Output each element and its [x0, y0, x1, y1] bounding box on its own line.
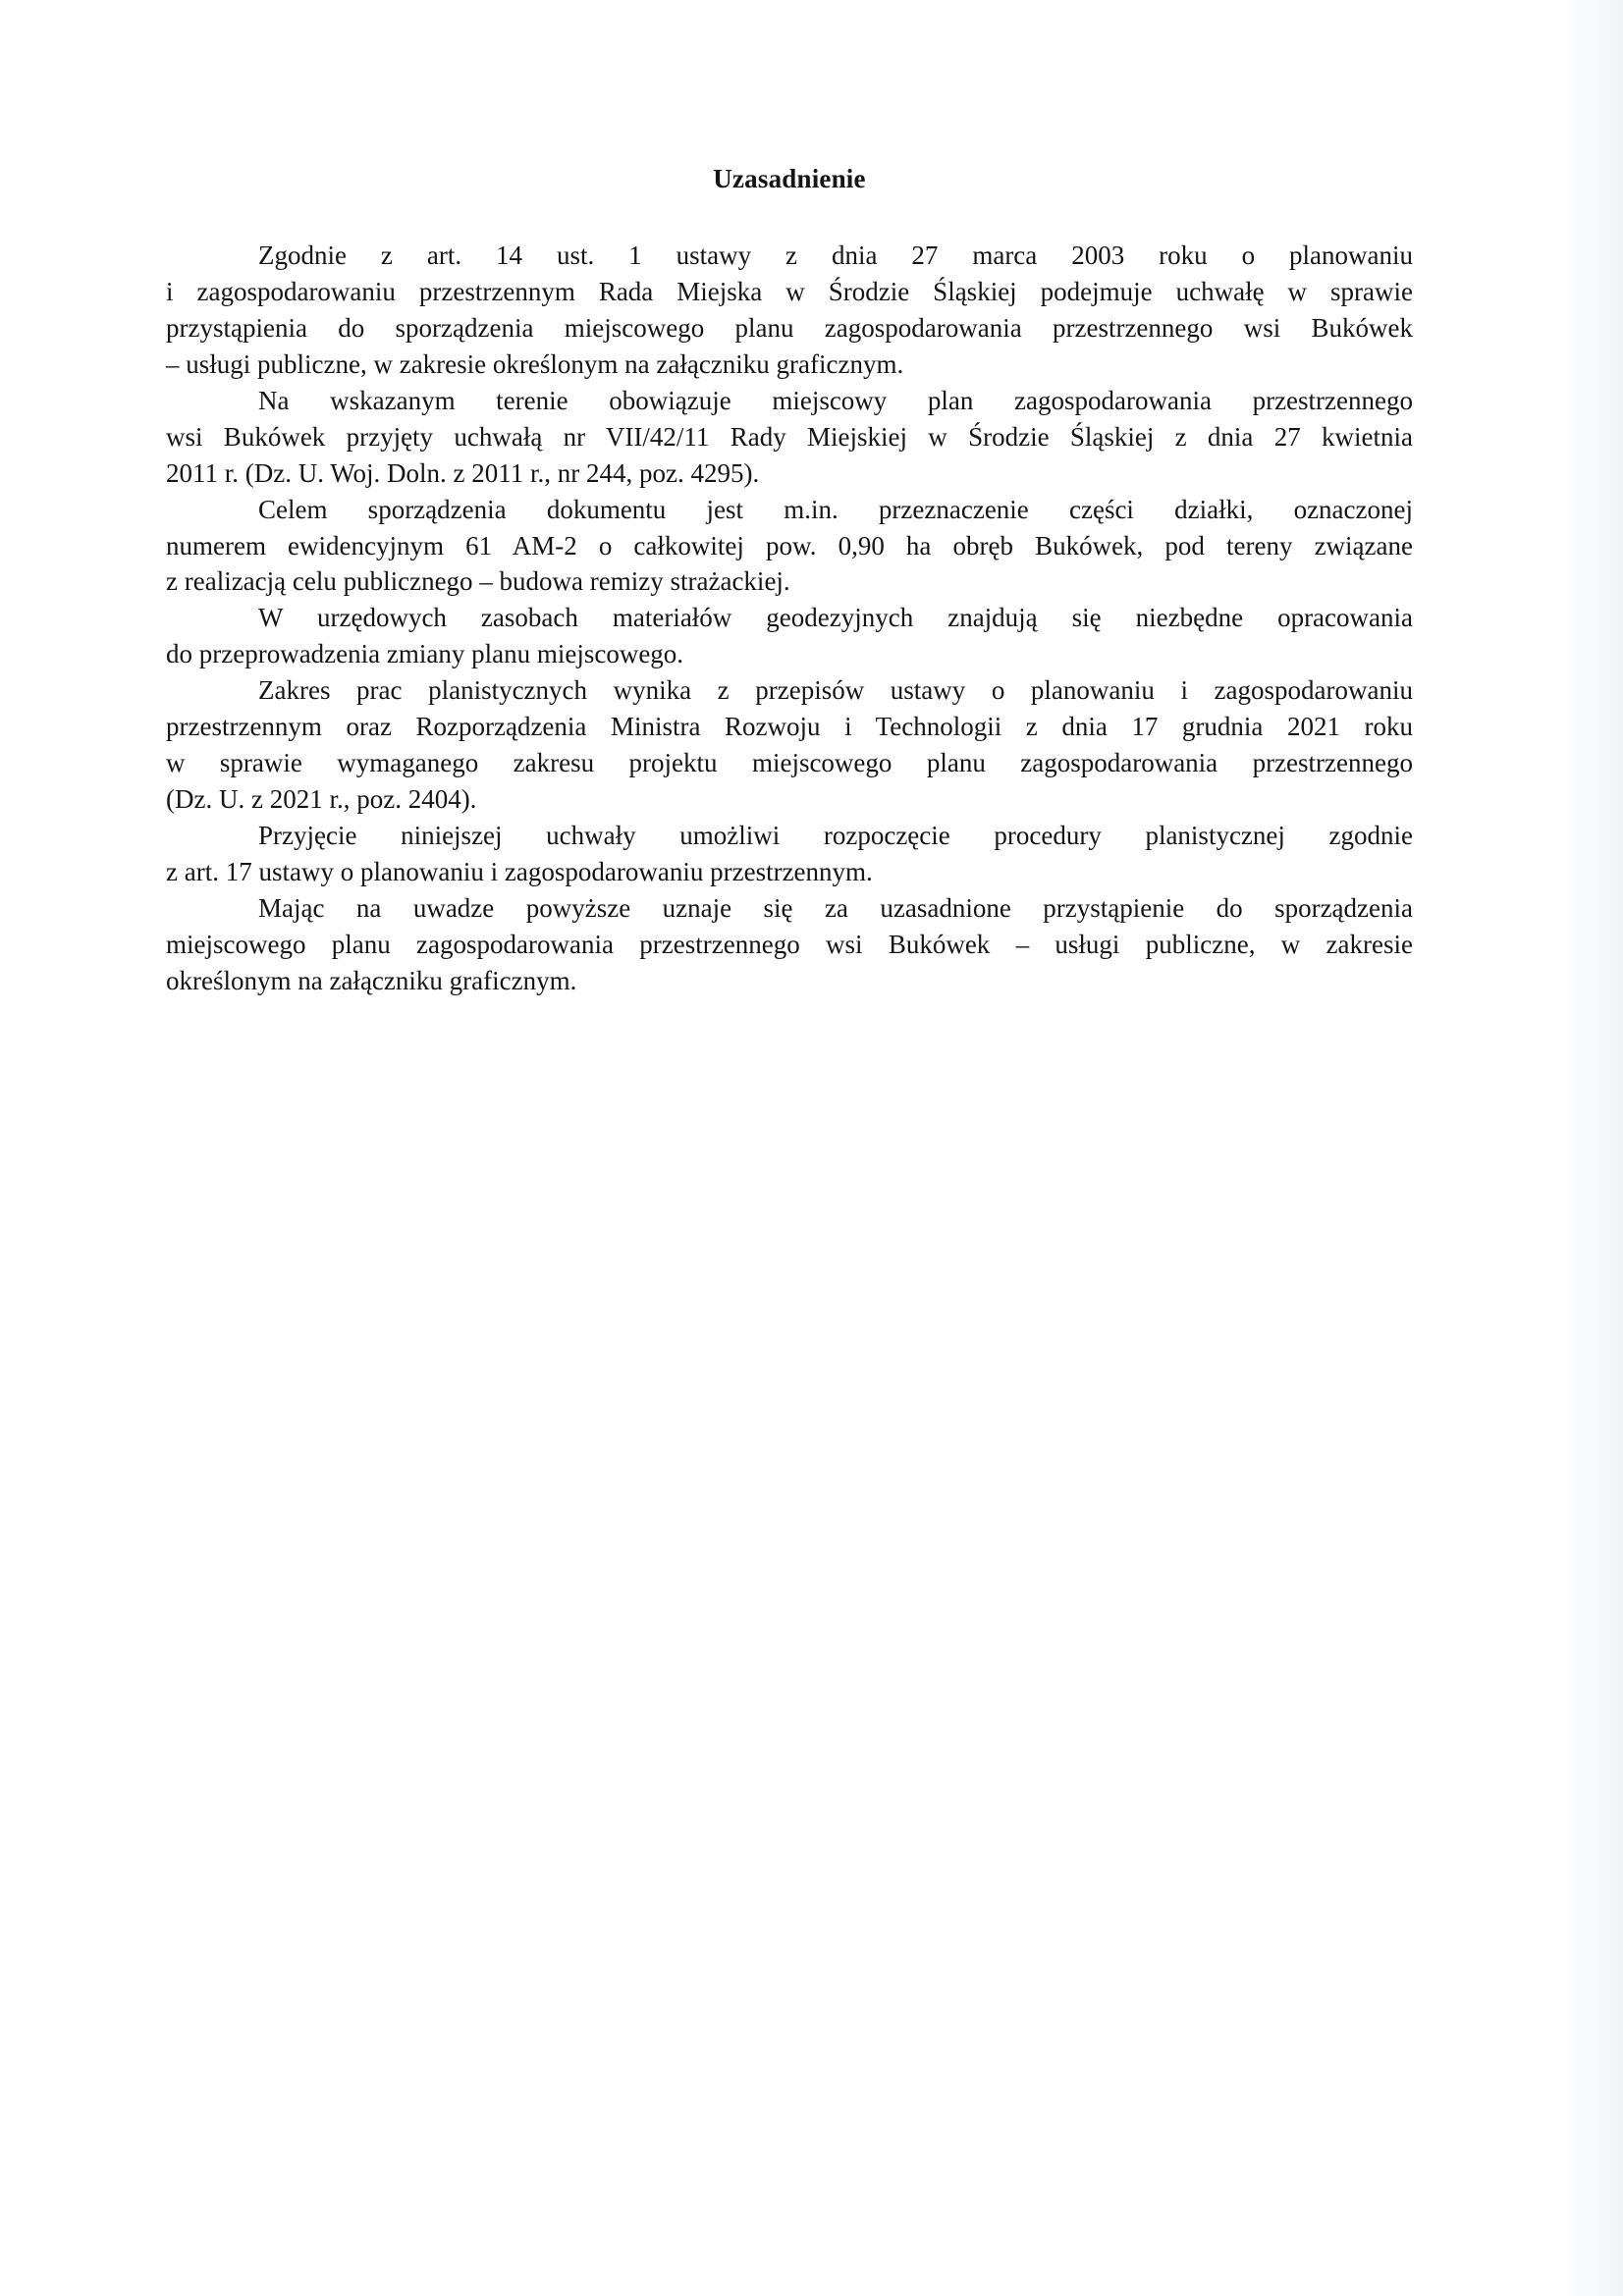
- paragraph-geodetic-materials: W urzędowych zasobach materiałów geodezy…: [166, 600, 1413, 672]
- text-line: numerem ewidencyjnym 61 AM-2 o całkowite…: [166, 528, 1413, 564]
- text-line: z art. 17 ustawy o planowaniu i zagospod…: [166, 854, 1413, 890]
- text-line: Mając na uwadze powyższe uznaje się za u…: [166, 890, 1413, 927]
- text-line: Celem sporządzenia dokumentu jest m.in. …: [166, 492, 1413, 528]
- text-line: (Dz. U. z 2021 r., poz. 2404).: [166, 781, 1413, 818]
- document-body: Zgodnie z art. 14 ust. 1 ustawy z dnia 2…: [166, 238, 1413, 999]
- text-line: 2011 r. (Dz. U. Woj. Doln. z 2011 r., nr…: [166, 455, 1413, 492]
- document-title: Uzasadnienie: [166, 163, 1413, 194]
- paragraph-procedure: Przyjęcie niniejszej uchwały umożliwi ro…: [166, 818, 1413, 890]
- scanner-edge-shadow: [1564, 0, 1623, 2296]
- text-line: przystąpienia do sporządzenia miejscoweg…: [166, 310, 1413, 347]
- paragraph-legal-basis: Zgodnie z art. 14 ust. 1 ustawy z dnia 2…: [166, 238, 1413, 383]
- text-line: Na wskazanym terenie obowiązuje miejscow…: [166, 383, 1413, 419]
- text-line: Przyjęcie niniejszej uchwały umożliwi ro…: [166, 818, 1413, 854]
- text-line: Zakres prac planistycznych wynika z prze…: [166, 672, 1413, 709]
- text-line: do przeprowadzenia zmiany planu miejscow…: [166, 636, 1413, 672]
- text-line: przestrzennym oraz Rozporządzenia Minist…: [166, 709, 1413, 745]
- text-line: z realizacją celu publicznego – budowa r…: [166, 563, 1413, 600]
- paragraph-scope-of-work: Zakres prac planistycznych wynika z prze…: [166, 672, 1413, 818]
- paragraph-conclusion: Mając na uwadze powyższe uznaje się za u…: [166, 890, 1413, 999]
- text-line: – usługi publiczne, w zakresie określony…: [166, 347, 1413, 383]
- text-line: Zgodnie z art. 14 ust. 1 ustawy z dnia 2…: [166, 238, 1413, 274]
- text-line: miejscowego planu zagospodarowania przes…: [166, 927, 1413, 963]
- text-line: wsi Bukówek przyjęty uchwałą nr VII/42/1…: [166, 419, 1413, 455]
- paragraph-existing-plan: Na wskazanym terenie obowiązuje miejscow…: [166, 383, 1413, 492]
- paragraph-purpose: Celem sporządzenia dokumentu jest m.in. …: [166, 492, 1413, 601]
- text-line: W urzędowych zasobach materiałów geodezy…: [166, 600, 1413, 636]
- text-line: i zagospodarowaniu przestrzennym Rada Mi…: [166, 274, 1413, 310]
- text-line: w sprawie wymaganego zakresu projektu mi…: [166, 745, 1413, 781]
- text-line: określonym na załączniku graficznym.: [166, 963, 1413, 999]
